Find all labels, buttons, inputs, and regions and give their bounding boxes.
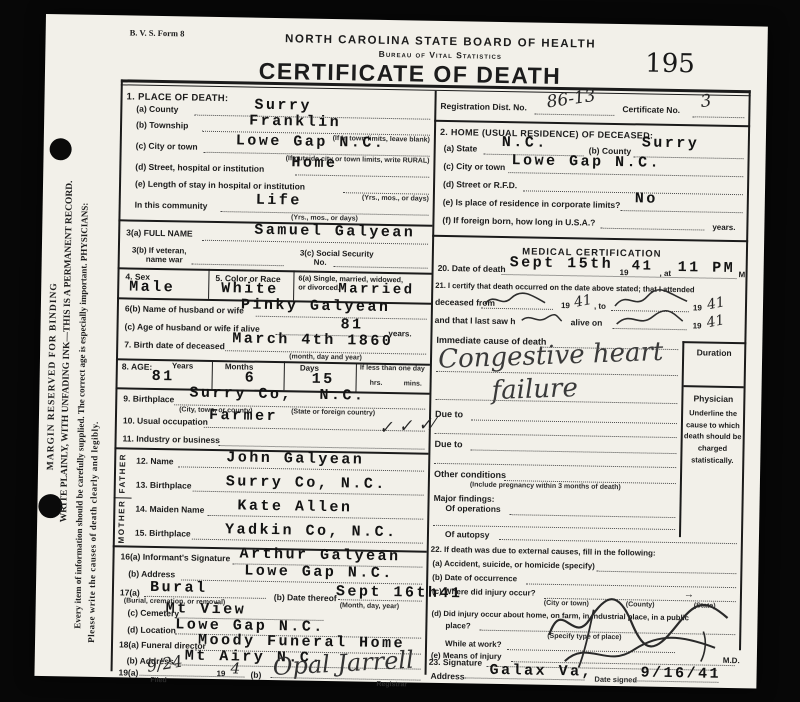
- other-conditions-note: (Include pregnancy within 3 months of de…: [470, 481, 621, 491]
- race-value: White: [221, 280, 279, 298]
- filed-label: 19(a): [118, 667, 138, 677]
- certificate-paper: MARGIN RESERVED FOR BINDING WRITE PLAINL…: [34, 14, 767, 688]
- death-date-value: Sept 15th: [510, 254, 614, 273]
- certificate-no-value: 3: [699, 91, 712, 112]
- home-city-label: (c) City or town: [443, 161, 505, 172]
- fill-line: [471, 419, 677, 424]
- birthdate-value: March 4th 1860: [232, 330, 393, 350]
- home-state-value: N.C.: [502, 134, 548, 152]
- while-at-work-label: While at work?: [445, 639, 502, 649]
- certify-saw-label: and that I last saw h: [435, 315, 516, 326]
- age-days-value: 15: [312, 371, 335, 388]
- marital-label2: or divorced.: [298, 282, 340, 292]
- margin-text-binding: MARGIN RESERVED FOR BINDING: [46, 282, 59, 470]
- registration-dist-label: Registration Dist. No.: [440, 101, 527, 113]
- death-date-label: 20. Date of death: [438, 263, 506, 274]
- father-birthplace-label: 13. Birthplace: [136, 480, 192, 491]
- fill-line: [334, 266, 428, 269]
- veteran-label: 3(b) If veteran,: [132, 246, 187, 256]
- place-of-death-title: 1. PLACE OF DEATH:: [126, 91, 228, 104]
- handwriting-scrawl: [519, 310, 565, 327]
- mother-maiden-value: Kate Allen: [237, 497, 352, 516]
- home-county-value: Surry: [642, 134, 700, 152]
- certify-y3-printed: 19: [693, 321, 702, 330]
- stay-note: (Yrs., mos., or days): [293, 193, 429, 202]
- autopsy-label: Of autopsy: [445, 529, 490, 540]
- side-label-divider: [114, 497, 132, 498]
- external-c-label: (c) Where did injury occur?: [432, 587, 536, 598]
- handwritten-filed-year: 4: [230, 659, 240, 677]
- township-value: Franklin: [249, 113, 341, 132]
- fill-line: [470, 449, 676, 454]
- other-conditions-label: Other conditions: [434, 469, 506, 480]
- home-street-label: (d) Street or R.F.D.: [443, 179, 517, 190]
- spouse-label: 6(b) Name of husband or wife: [125, 303, 244, 315]
- external-b-label: (b) Date of occurrence: [432, 573, 517, 583]
- certify-y2-printed: 19: [693, 303, 702, 312]
- duration-label: Duration: [684, 347, 744, 358]
- external-d-label2: place?: [445, 621, 470, 630]
- city-label: (c) City or town: [136, 141, 198, 152]
- fill-line: [435, 433, 677, 438]
- certify-to-label: , to: [594, 302, 606, 311]
- sidebar-top-border: [682, 341, 746, 344]
- registrar-signature: Opal Jarrell: [272, 646, 414, 681]
- age-months-value: 6: [245, 370, 257, 387]
- birthplace-value2: N.C.: [319, 387, 365, 405]
- binding-hole: [49, 138, 71, 160]
- underline-note: Underline the cause to which death shoul…: [683, 407, 742, 466]
- age-years-label: Years: [172, 361, 194, 370]
- burial-date-note: (Month, day, year): [340, 602, 400, 610]
- industry-label: 11. Industry or business: [123, 433, 220, 445]
- age-mins-label: mins.: [404, 380, 422, 387]
- age-label: 8. AGE:: [122, 361, 153, 372]
- certify-y2-hw: 41: [706, 294, 727, 313]
- county-label: (a) County: [136, 104, 178, 115]
- scanned-death-certificate: { "colors":{"paper":"#f2f0e9","ink":"#1b…: [0, 0, 800, 702]
- fullname-label: 3(a) FULL NAME: [126, 227, 193, 238]
- ssn-label: 3(c) Social Security: [300, 248, 374, 258]
- location-label: (d) Location: [127, 625, 176, 636]
- burial-value: Bural: [150, 579, 208, 597]
- fill-line: [508, 172, 743, 177]
- street-label: (d) Street, hospital or institution: [135, 162, 264, 174]
- home-city-value: Lowe Gap N.C.: [511, 152, 661, 172]
- fill-line: [621, 210, 743, 213]
- spouse-age-value: 81: [340, 316, 363, 333]
- birthplace-value1: Surry Co,: [189, 385, 293, 404]
- certify-y3-hw: 41: [705, 312, 726, 331]
- fill-line: [692, 116, 744, 118]
- physician-signature-scrawl: [535, 579, 742, 675]
- external-a-label: (a) Accident, suicide, or homicide (spec…: [432, 559, 595, 571]
- age-years-value: 81: [152, 368, 175, 385]
- death-time-value: 11 PM: [678, 259, 736, 277]
- section-rule: [434, 120, 750, 128]
- birthplace-label: 9. Birthplace: [123, 393, 174, 404]
- physician-label: Physician: [683, 393, 743, 404]
- sidebar-rule: [684, 385, 744, 388]
- operations-label: Of operations: [445, 503, 500, 514]
- stay-label: (e) Length of stay in hospital or instit…: [135, 179, 305, 192]
- township-label: (b) Township: [136, 120, 188, 131]
- father-name-label: 12. Name: [136, 456, 174, 467]
- md-label: M.D.: [723, 656, 740, 665]
- informant-addr-value: Lowe Gap N.C.: [244, 563, 394, 583]
- community-label: In this community: [135, 200, 208, 211]
- date-signed-label: Date signed: [594, 675, 637, 685]
- cause-value-line1: Congestive heart: [438, 337, 664, 375]
- certify-y1-hw: 41: [573, 292, 594, 311]
- occupation-value: Farmer: [209, 407, 278, 425]
- fill-line: [523, 190, 743, 195]
- home-state-label: (a) State: [444, 143, 478, 154]
- form-number: B. V. S. Form 8: [130, 27, 185, 38]
- fill-line: [338, 599, 422, 601]
- ssn-label2: No.: [314, 258, 327, 267]
- death-m-label: M: [738, 270, 745, 279]
- registrar-caption: Registrar: [376, 681, 407, 689]
- section-rule: [432, 235, 748, 243]
- certify-alive-label: alive on: [571, 317, 603, 328]
- age-hrs-label: hrs.: [370, 380, 383, 387]
- mother-maiden-label: 14. Maiden Name: [135, 504, 204, 515]
- fill-line: [434, 463, 676, 468]
- mother-side-label: MOTHER: [117, 500, 127, 544]
- fill-line: [295, 174, 429, 177]
- home-corporate-value: No: [635, 190, 658, 207]
- community-value: Life: [256, 192, 302, 210]
- filed-caption: Filed: [150, 677, 166, 684]
- home-foreign-label: (f) If foreign born, how long in U.S.A.?: [442, 215, 595, 228]
- form-left-border: [111, 79, 123, 671]
- birthplace-note2: (State or foreign country): [291, 408, 375, 416]
- spouse-value: Pinky Galyean: [241, 296, 391, 316]
- informant-sig-label: 16(a) Informant's Signature: [120, 551, 230, 563]
- external-title: 22. If death was due to external causes,…: [431, 545, 656, 558]
- home-foreign-unit: years.: [712, 223, 735, 232]
- street-value: Home: [291, 154, 337, 172]
- fill-line: [634, 680, 718, 682]
- sex-value: Male: [129, 278, 175, 296]
- birthdate-label: 7. Birth date of deceased: [124, 339, 225, 351]
- occupation-label: 10. Usual occupation: [123, 415, 208, 426]
- cell-divider: [208, 269, 210, 299]
- filed-b-label: (b): [250, 670, 261, 680]
- form-right-border: [739, 90, 751, 650]
- home-corporate-label: (e) Is place of residence in corporate l…: [443, 197, 621, 210]
- margin-text-permanent-record: WRITE PLAINLY, WITH UNFADING INK—THIS IS…: [59, 180, 75, 522]
- certificate-no-label: Certificate No.: [622, 104, 680, 115]
- address-label: Address: [430, 671, 464, 682]
- marital-value: Married: [338, 281, 415, 298]
- due-to-label-1: Due to: [435, 409, 463, 419]
- burial-label: 17(a): [120, 587, 140, 597]
- father-name-value: John Galyean: [226, 449, 364, 468]
- mother-birthplace-label: 15. Birthplace: [135, 528, 191, 539]
- cell-divider: [293, 270, 295, 300]
- margin-text-causes: Please write the causes of death clearly…: [86, 421, 100, 643]
- fullname-value: Samuel Galyean: [254, 222, 415, 242]
- informant-addr-label: (b) Address: [128, 569, 175, 580]
- handwritten-checkmarks: ✓ ✓ ✓⁄: [378, 414, 436, 439]
- certificate-stamp-number: 195: [645, 48, 695, 79]
- veteran-label2: name war: [146, 255, 183, 265]
- mother-birthplace-value: Yadkin Co, N.C.: [225, 521, 398, 541]
- certify-y1-printed: 19: [561, 301, 570, 310]
- city-value: Lowe Gap N.C.: [236, 132, 386, 152]
- fill-line: [534, 114, 614, 116]
- fill-line: [600, 228, 704, 231]
- fill-line: [499, 539, 737, 544]
- father-side-label: FATHER: [118, 453, 128, 494]
- fill-line: [192, 264, 284, 267]
- age-less-label: If less than one day: [360, 365, 425, 373]
- signature-label: 23. Signature: [429, 657, 483, 668]
- handwritten-filed-date: 9/24: [145, 651, 183, 675]
- fill-line: [596, 571, 736, 574]
- father-birthplace-value: Surry Co, N.C.: [226, 473, 387, 493]
- due-to-label-2: Due to: [434, 439, 462, 449]
- burial-date-label: (b) Date thereof: [274, 592, 337, 603]
- major-findings-label: Major findings:: [434, 493, 495, 504]
- death-year-value: 41: [632, 258, 654, 274]
- fill-line: [509, 514, 675, 518]
